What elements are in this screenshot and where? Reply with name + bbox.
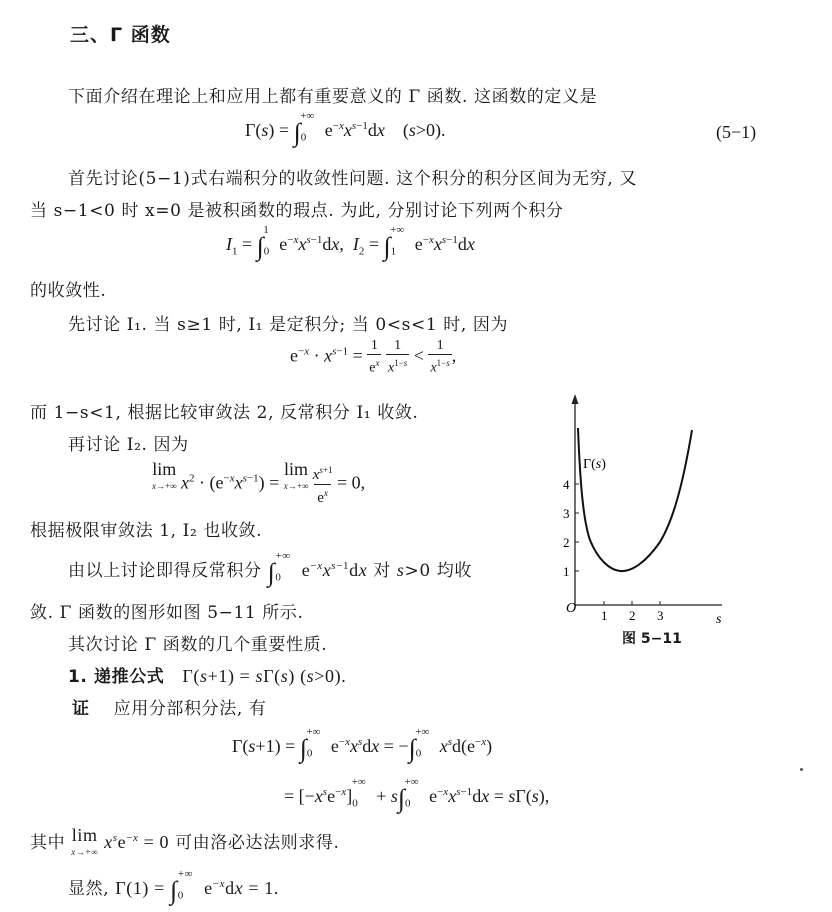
curve-label: Γ(s) <box>583 457 606 472</box>
paragraph-2-line-2: 而 1−s<1, 根据比较审敛法 2, 反常积分 I₁ 收敛. <box>30 398 418 423</box>
x-axis-label: s <box>716 612 722 627</box>
gamma-curve <box>578 428 692 571</box>
paragraph-1-line-3: 的收敛性. <box>30 276 106 301</box>
y-axis-arrow-icon <box>572 394 579 404</box>
page-speck <box>800 768 803 771</box>
x-tick-1: 1 <box>601 608 608 623</box>
paragraph-5-line-1: 其次讨论 Γ 函数的几个重要性质. <box>68 630 327 655</box>
equation-proof-1: Γ(s+1) = ∫0+∞ e−xxsdx = −∫0+∞ xsd(e−x) <box>232 734 492 764</box>
paragraph-1-line-1: 首先讨论(5−1)式右端积分的收敛性问题. 这个积分的积分区间为无穷, 又 <box>68 164 637 189</box>
proof-line: 证 应用分部积分法, 有 <box>72 694 266 719</box>
figure-caption: 图 5−11 <box>622 628 682 648</box>
property-1-formula: Γ(s+1) = sΓ(s) (s>0). <box>182 666 346 686</box>
property-1-label: 1. 递推公式 <box>68 667 164 687</box>
figure-5-11: O 1 2 3 s 1 2 3 4 Γ(s) 图 5−11 <box>550 390 730 650</box>
y-tick-4: 4 <box>563 477 570 492</box>
property-1: 1. 递推公式 Γ(s+1) = sΓ(s) (s>0). <box>68 662 346 687</box>
x-tick-3: 3 <box>657 608 664 623</box>
paragraph-6-line-1: 其中 limx→+∞ xse−x = 0 可由洛必达法则求得. <box>30 828 340 859</box>
x-tick-2: 2 <box>629 608 636 623</box>
paragraph-2-line-1: 先讨论 I₁. 当 s≥1 时, I₁ 是定积分; 当 0<s<1 时, 因为 <box>68 310 508 335</box>
y-tick-1: 1 <box>563 564 570 579</box>
equation-number: (5−1) <box>716 122 756 143</box>
origin-label: O <box>566 601 576 616</box>
equation-i1-i2: I1 = ∫01 e−xxs−1dx, I2 = ∫1+∞ e−xxs−1dx <box>226 232 475 262</box>
gamma-function-plot: O 1 2 3 s 1 2 3 4 Γ(s) <box>550 390 730 650</box>
paragraph-1-line-2: 当 s−1<0 时 x=0 是被积函数的瑕点. 为此, 分别讨论下列两个积分 <box>30 196 564 221</box>
intro-paragraph: 下面介绍在理论上和应用上都有重要意义的 Γ 函数. 这函数的定义是 <box>68 82 597 107</box>
proof-label: 证 <box>72 699 90 719</box>
paragraph-4-line-2: 敛. Γ 函数的图形如图 5−11 所示. <box>30 598 304 623</box>
equation-bound: e−x · xs−1 = 1ex 1x1−s < 1x1−s, <box>290 338 456 377</box>
y-tick-3: 3 <box>563 506 570 521</box>
paragraph-4-line-1: 由以上讨论即得反常积分 ∫0+∞ e−xxs−1dx 对 s>0 均收 <box>68 556 472 588</box>
paragraph-3-line-1: 再讨论 I₂. 因为 <box>68 430 189 455</box>
equation-proof-2: = [−xse−x]0+∞ + s∫0+∞ e−xxs−1dx = sΓ(s), <box>284 784 549 814</box>
y-tick-2: 2 <box>563 535 570 550</box>
paragraph-7-line-1: 显然, Γ(1) = ∫0+∞ e−xdx = 1. <box>68 874 279 906</box>
equation-limit: limx→+∞ x2 · (e−xxs−1) = limx→+∞ xs+1ex … <box>152 462 365 507</box>
section-heading: 三、Γ 函数 <box>70 20 171 47</box>
proof-text: 应用分部积分法, 有 <box>114 699 267 719</box>
equation-5-1: Γ(s) = ∫0+∞ e−xxs−1dx (s>0). <box>245 118 446 148</box>
paragraph-3-line-2: 根据极限审敛法 1, I₂ 也收敛. <box>30 516 262 541</box>
